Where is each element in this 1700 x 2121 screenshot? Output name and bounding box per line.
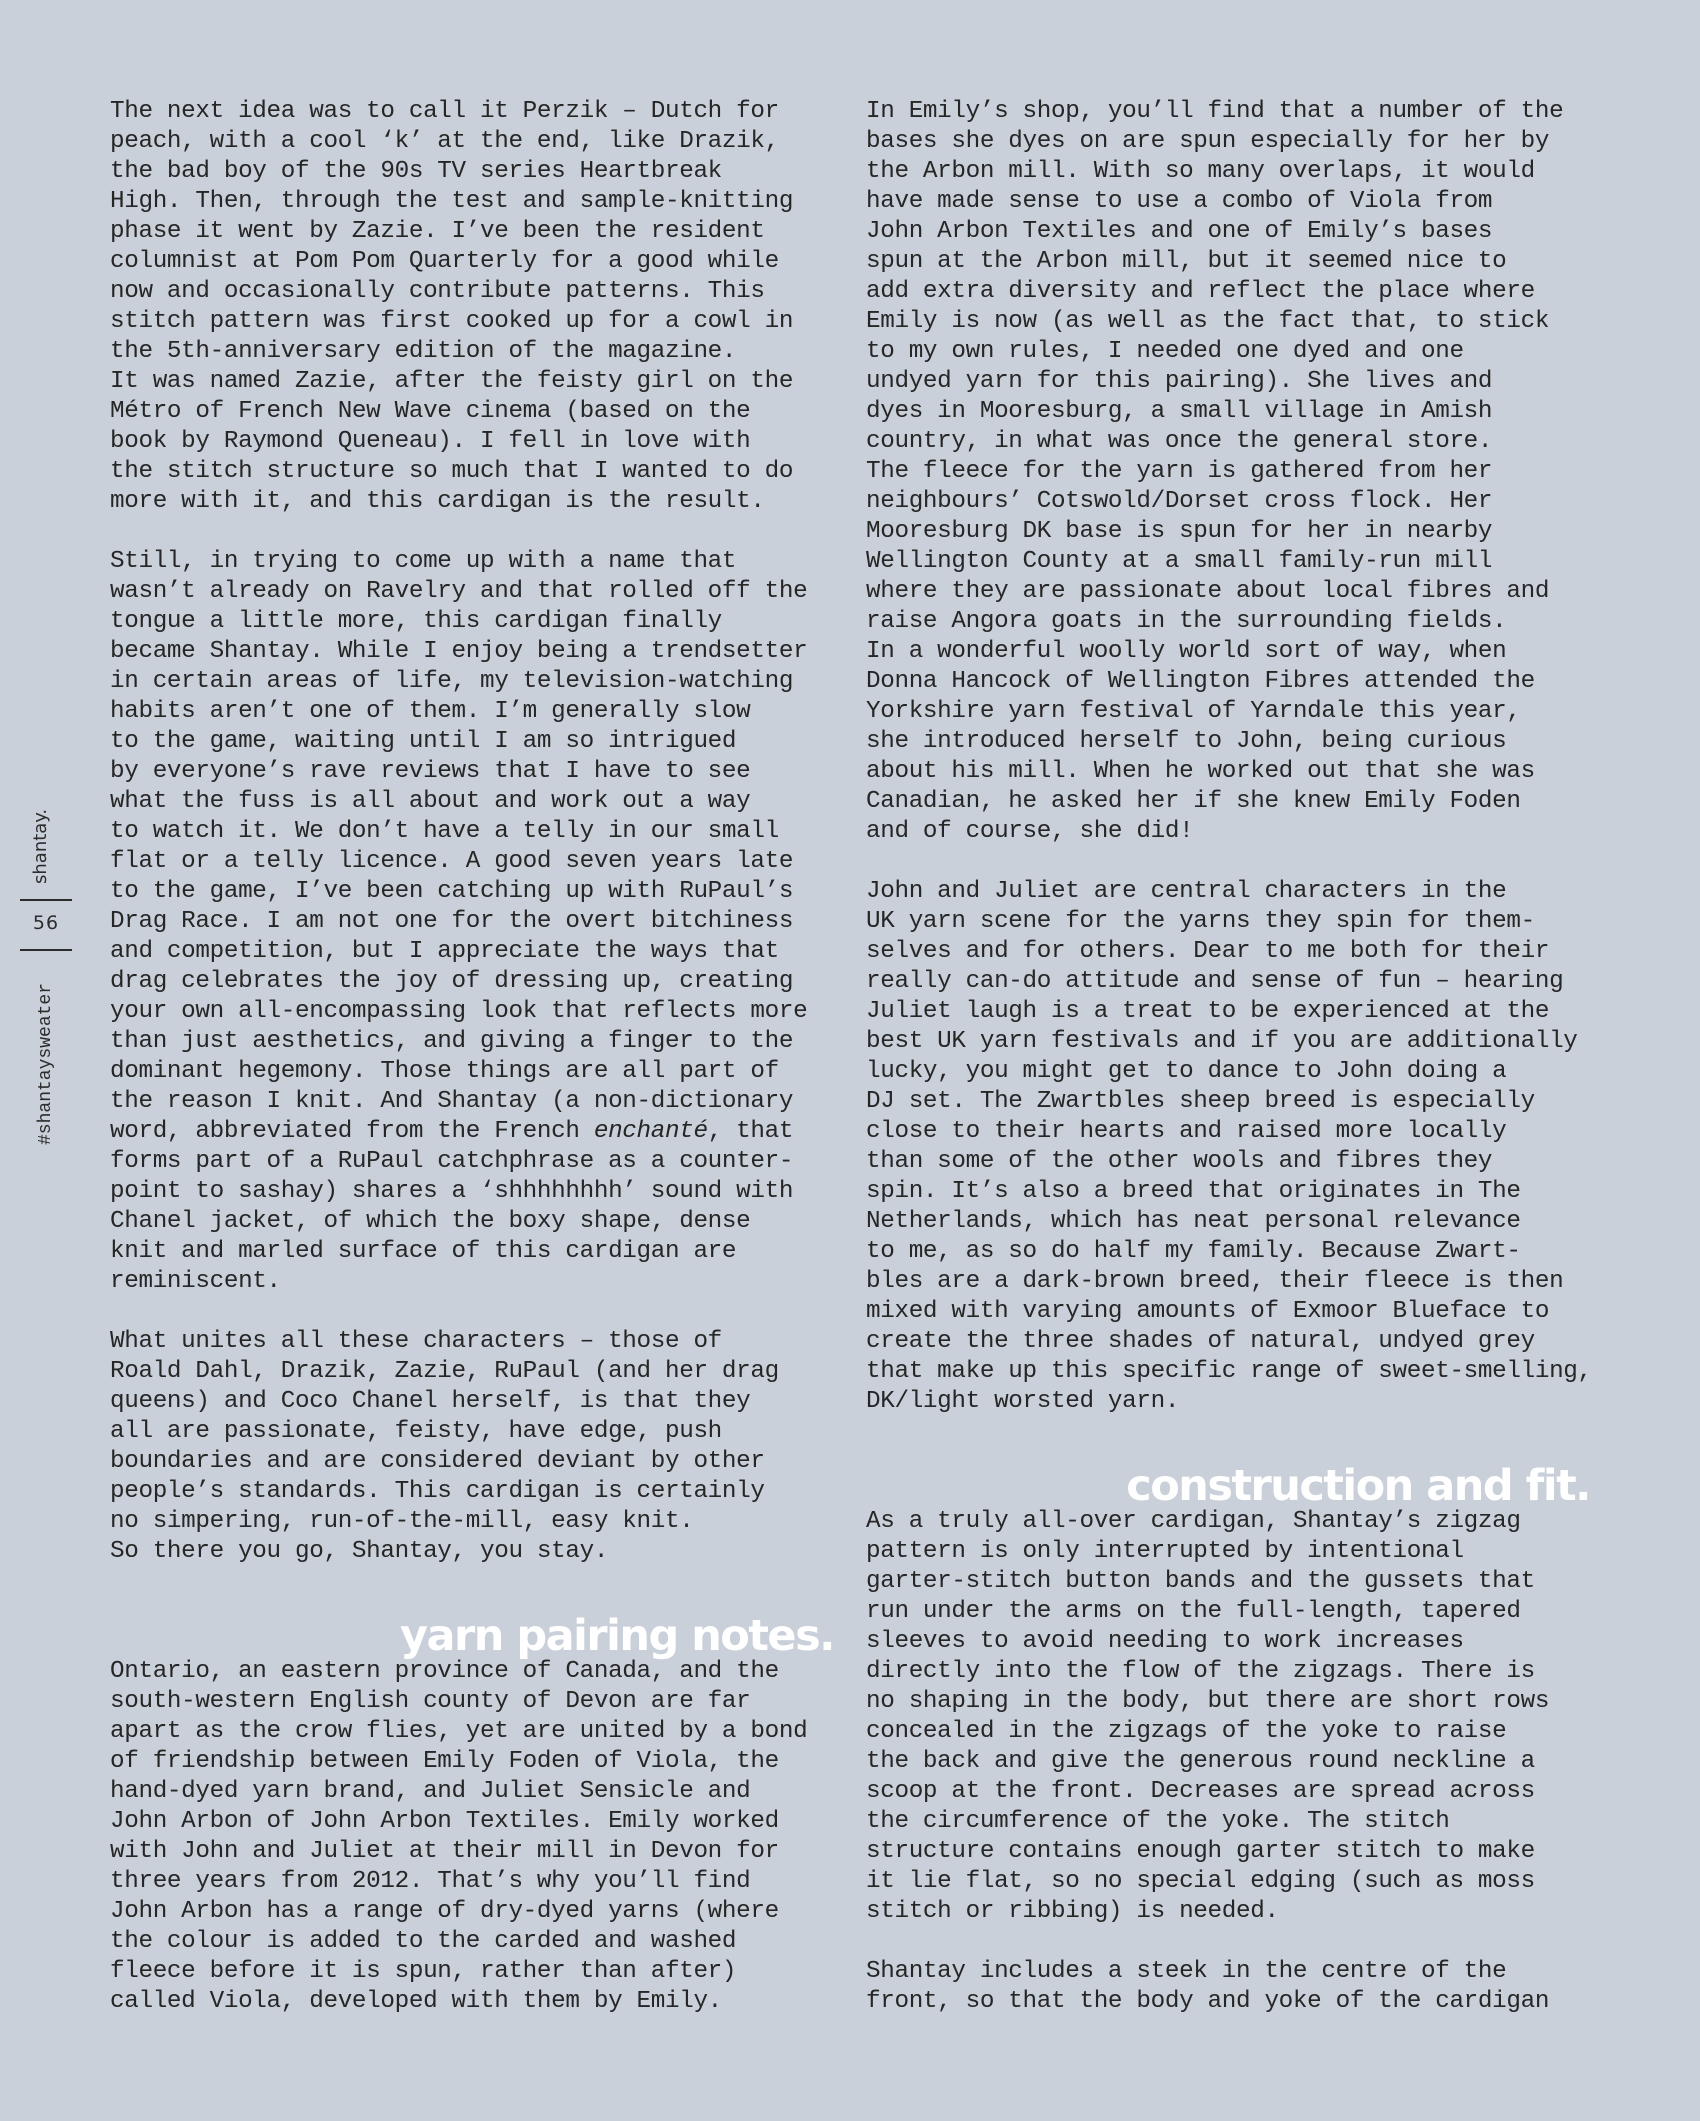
text-line: reminiscent. [110, 1267, 850, 1297]
paragraph-spacer [866, 847, 1606, 877]
text-line: to me, as so do half my family. Because … [866, 1237, 1606, 1267]
text-line: bles are a dark-brown breed, their fleec… [866, 1267, 1606, 1297]
text-line: the colour is added to the carded and wa… [110, 1927, 850, 1957]
text-line: to the game, I’ve been catching up with … [110, 877, 850, 907]
paragraph-spacer [110, 1297, 850, 1327]
text-line: wasn’t already on Ravelry and that rolle… [110, 577, 850, 607]
text-line: front, so that the body and yoke of the … [866, 1987, 1606, 2017]
text-line: book by Raymond Queneau). I fell in love… [110, 427, 850, 457]
text-line: bases she dyes on are spun especially fo… [866, 127, 1606, 157]
side-divider-top [20, 899, 72, 901]
text-line: columnist at Pom Pom Quarterly for a goo… [110, 247, 850, 277]
text-line: As a truly all-over cardigan, Shantay’s … [866, 1507, 1606, 1537]
text-line: apart as the crow flies, yet are united … [110, 1717, 850, 1747]
text-line: The next idea was to call it Perzik – Du… [110, 97, 850, 127]
text-line: it lie flat, so no special edging (such … [866, 1867, 1606, 1897]
paragraph-all-over-cardigan: As a truly all-over cardigan, Shantay’s … [866, 1507, 1606, 1927]
text-line: Mooresburg DK base is spun for her in ne… [866, 517, 1606, 547]
text-line: she introduced herself to John, being cu… [866, 727, 1606, 757]
section-heading-yarn-pairing: yarn pairing notes. [110, 1613, 834, 1659]
text-line: now and occasionally contribute patterns… [110, 277, 850, 307]
text-line: the stitch structure so much that I want… [110, 457, 850, 487]
text-line: the reason I knit. And Shantay (a non-di… [110, 1087, 850, 1117]
text-line: knit and marled surface of this cardigan… [110, 1237, 850, 1267]
text-line: scoop at the front. Decreases are spread… [866, 1777, 1606, 1807]
text-line: and of course, she did! [866, 817, 1606, 847]
text-line: flat or a telly licence. A good seven ye… [110, 847, 850, 877]
text-line: south-western English county of Devon ar… [110, 1687, 850, 1717]
text-line: queens) and Coco Chanel herself, is that… [110, 1387, 850, 1417]
text-line: add extra diversity and reflect the plac… [866, 277, 1606, 307]
text-line: and competition, but I appreciate the wa… [110, 937, 850, 967]
text-line: really can-do attitude and sense of fun … [866, 967, 1606, 997]
text-line: three years from 2012. That’s why you’ll… [110, 1867, 850, 1897]
text-line: than some of the other wools and fibres … [866, 1147, 1606, 1177]
text-line: your own all-encompassing look that refl… [110, 997, 850, 1027]
text-line: to my own rules, I needed one dyed and o… [866, 337, 1606, 367]
text-line: What unites all these characters – those… [110, 1327, 850, 1357]
text-segment: , that [708, 1118, 793, 1145]
text-line: phase it went by Zazie. I’ve been the re… [110, 217, 850, 247]
text-line: hand-dyed yarn brand, and Juliet Sensicl… [110, 1777, 850, 1807]
text-line: that make up this specific range of swee… [866, 1357, 1606, 1387]
text-line: country, in what was once the general st… [866, 427, 1606, 457]
paragraph-perzik: The next idea was to call it Perzik – Du… [110, 97, 850, 517]
running-title-text: shantay. [30, 809, 51, 884]
text-line: drag celebrates the joy of dressing up, … [110, 967, 850, 997]
text-line: boundaries and are considered deviant by… [110, 1447, 850, 1477]
text-line: habits aren’t one of them. I’m generally… [110, 697, 850, 727]
text-line: peach, with a cool ‘k’ at the end, like … [110, 127, 850, 157]
text-line: undyed yarn for this pairing). She lives… [866, 367, 1606, 397]
right-column: In Emily’s shop, you’ll find that a numb… [866, 97, 1606, 2017]
italic-word: enchanté [594, 1118, 708, 1145]
text-line: create the three shades of natural, undy… [866, 1327, 1606, 1357]
text-line: Emily is now (as well as the fact that, … [866, 307, 1606, 337]
text-line: point to sashay) shares a ‘shhhhhhhh’ so… [110, 1177, 850, 1207]
paragraph-what-unites: What unites all these characters – those… [110, 1327, 850, 1567]
text-segment: word, abbreviated from the French [110, 1118, 594, 1145]
hashtag-text: #shantaysweater [36, 983, 56, 1145]
text-line: In a wonderful woolly world sort of way,… [866, 637, 1606, 667]
text-line: about his mill. When he worked out that … [866, 757, 1606, 787]
text-line: the bad boy of the 90s TV series Heartbr… [110, 157, 850, 187]
text-line: garter-stitch button bands and the gusse… [866, 1567, 1606, 1597]
text-line: Ontario, an eastern province of Canada, … [110, 1657, 850, 1687]
paragraph-ontario: Ontario, an eastern province of Canada, … [110, 1657, 850, 2017]
text-line: Shantay includes a steek in the centre o… [866, 1957, 1606, 1987]
text-line: Donna Hancock of Wellington Fibres atten… [866, 667, 1606, 697]
text-line: neighbours’ Cotswold/Dorset cross flock.… [866, 487, 1606, 517]
text-line: forms part of a RuPaul catchphrase as a … [110, 1147, 850, 1177]
text-line: what the fuss is all about and work out … [110, 787, 850, 817]
side-divider-bottom [20, 949, 72, 951]
text-line: fleece before it is spun, rather than af… [110, 1957, 850, 1987]
text-line: by everyone’s rave reviews that I have t… [110, 757, 850, 787]
text-line: Yorkshire yarn festival of Yarndale this… [866, 697, 1606, 727]
paragraph-still: Still, in trying to come up with a name … [110, 547, 850, 1297]
section-heading-construction-and-fit: construction and fit. [866, 1463, 1590, 1509]
paragraph-spacer [110, 517, 850, 547]
text-line: mixed with varying amounts of Exmoor Blu… [866, 1297, 1606, 1327]
paragraph-john-and-juliet: John and Juliet are central characters i… [866, 877, 1606, 1417]
text-line: Roald Dahl, Drazik, Zazie, RuPaul (and h… [110, 1357, 850, 1387]
text-line: concealed in the zigzags of the yoke to … [866, 1717, 1606, 1747]
paragraph-steek: Shantay includes a steek in the centre o… [866, 1957, 1606, 2017]
text-line: John Arbon Textiles and one of Emily’s b… [866, 217, 1606, 247]
text-line: So there you go, Shantay, you stay. [110, 1537, 850, 1567]
text-line: best UK yarn festivals and if you are ad… [866, 1027, 1606, 1057]
text-line: DJ set. The Zwartbles sheep breed is esp… [866, 1087, 1606, 1117]
left-column: The next idea was to call it Perzik – Du… [110, 97, 850, 2017]
text-line: spun at the Arbon mill, but it seemed ni… [866, 247, 1606, 277]
text-line: The fleece for the yarn is gathered from… [866, 457, 1606, 487]
text-line: no shaping in the body, but there are sh… [866, 1687, 1606, 1717]
text-line: In Emily’s shop, you’ll find that a numb… [866, 97, 1606, 127]
text-line: in certain areas of life, my television-… [110, 667, 850, 697]
text-line: structure contains enough garter stitch … [866, 1837, 1606, 1867]
text-line: close to their hearts and raised more lo… [866, 1117, 1606, 1147]
text-line: dominant hegemony. Those things are all … [110, 1057, 850, 1087]
text-line: John Arbon has a range of dry-dyed yarns… [110, 1897, 850, 1927]
text-line: the Arbon mill. With so many overlaps, i… [866, 157, 1606, 187]
text-line: Juliet laugh is a treat to be experience… [866, 997, 1606, 1027]
text-line: Netherlands, which has neat personal rel… [866, 1207, 1606, 1237]
text-line: run under the arms on the full-length, t… [866, 1597, 1606, 1627]
text-line: Drag Race. I am not one for the overt bi… [110, 907, 850, 937]
text-line: spin. It’s also a breed that originates … [866, 1177, 1606, 1207]
text-line: than just aesthetics, and giving a finge… [110, 1027, 850, 1057]
text-line: called Viola, developed with them by Emi… [110, 1987, 850, 2017]
paragraph-emilys-shop: In Emily’s shop, you’ll find that a numb… [866, 97, 1606, 847]
text-line: more with it, and this cardigan is the r… [110, 487, 850, 517]
text-line: sleeves to avoid needing to work increas… [866, 1627, 1606, 1657]
paragraph-spacer [866, 1927, 1606, 1957]
text-line: stitch pattern was first cooked up for a… [110, 307, 850, 337]
text-line: the 5th-anniversary edition of the magaz… [110, 337, 850, 367]
text-line: all are passionate, feisty, have edge, p… [110, 1417, 850, 1447]
text-line: became Shantay. While I enjoy being a tr… [110, 637, 850, 667]
text-line: DK/light worsted yarn. [866, 1387, 1606, 1417]
text-line: stitch or ribbing) is needed. [866, 1897, 1606, 1927]
running-title: shantay. [30, 812, 50, 892]
text-line: the circumference of the yoke. The stitc… [866, 1807, 1606, 1837]
text-line: UK yarn scene for the yarns they spin fo… [866, 907, 1606, 937]
text-line: no simpering, run-of-the-mill, easy knit… [110, 1507, 850, 1537]
text-line: where they are passionate about local fi… [866, 577, 1606, 607]
text-line: of friendship between Emily Foden of Vio… [110, 1747, 850, 1777]
text-line: lucky, you might get to dance to John do… [866, 1057, 1606, 1087]
text-line: Chanel jacket, of which the boxy shape, … [110, 1207, 850, 1237]
text-line: Canadian, he asked her if she knew Emily… [866, 787, 1606, 817]
text-line: tongue a little more, this cardigan fina… [110, 607, 850, 637]
text-line: the back and give the generous round nec… [866, 1747, 1606, 1777]
text-line: to watch it. We don’t have a telly in ou… [110, 817, 850, 847]
text-line: High. Then, through the test and sample-… [110, 187, 850, 217]
text-line: pattern is only interrupted by intention… [866, 1537, 1606, 1567]
text-line: It was named Zazie, after the feisty gir… [110, 367, 850, 397]
text-line-with-italic: word, abbreviated from the French enchan… [110, 1117, 850, 1147]
text-line: John Arbon of John Arbon Textiles. Emily… [110, 1807, 850, 1837]
text-line: Wellington County at a small family-run … [866, 547, 1606, 577]
text-line: to the game, waiting until I am so intri… [110, 727, 850, 757]
text-line: Métro of French New Wave cinema (based o… [110, 397, 850, 427]
page-number: 56 [20, 912, 72, 934]
text-line: Still, in trying to come up with a name … [110, 547, 850, 577]
text-line: with John and Juliet at their mill in De… [110, 1837, 850, 1867]
text-line: raise Angora goats in the surrounding fi… [866, 607, 1606, 637]
text-line: dyes in Mooresburg, a small village in A… [866, 397, 1606, 427]
text-line: people’s standards. This cardigan is cer… [110, 1477, 850, 1507]
text-line: selves and for others. Dear to me both f… [866, 937, 1606, 967]
text-line: have made sense to use a combo of Viola … [866, 187, 1606, 217]
text-line: John and Juliet are central characters i… [866, 877, 1606, 907]
text-line: directly into the flow of the zigzags. T… [866, 1657, 1606, 1687]
